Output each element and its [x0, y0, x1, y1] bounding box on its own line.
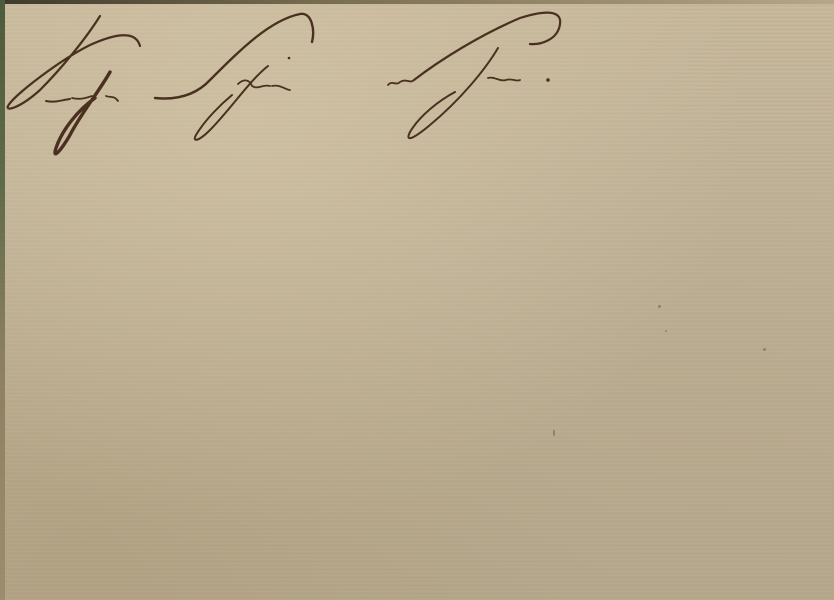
paper-sheet: Sehr schön sehr. [0, 0, 834, 600]
paper-speck [658, 305, 661, 308]
word-sehr-1 [8, 16, 140, 154]
word-schoen [155, 14, 313, 140]
paper-speck [763, 348, 766, 351]
paper-speck [665, 330, 667, 332]
word-sehr-2 [388, 13, 560, 139]
handwritten-text [0, 0, 834, 600]
paper-speck [553, 430, 555, 436]
